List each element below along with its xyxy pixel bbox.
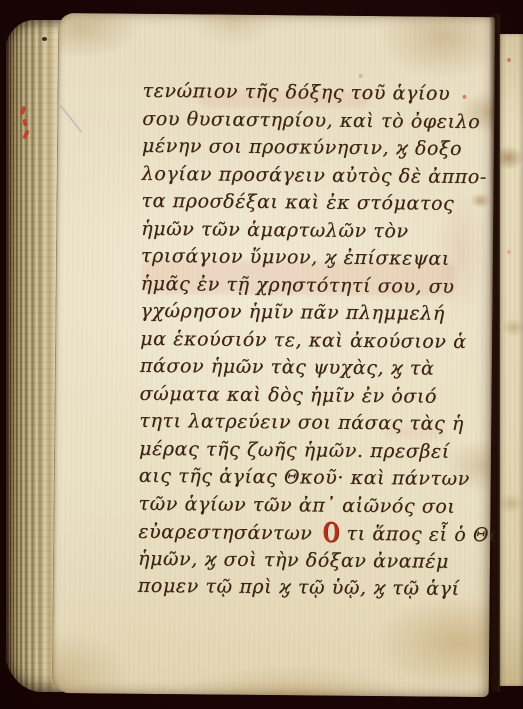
text-line-2: σου θυσιαστηρίου, καὶ τὸ ὀφειλο [142, 105, 486, 136]
fore-edge-red-mark [22, 119, 27, 127]
text-line-3: μένην σοι προσκύνησιν, ϗ δοξο [142, 133, 486, 164]
text-line-17: εὐαρεστησάντωνΟτι ἅπος εἶ ὁ Θς [138, 518, 482, 549]
text-line-1: τενώπιον τῆς δόξης τοῦ ἁγίου [142, 78, 486, 109]
red-speck [507, 58, 511, 62]
manuscript-page: τενώπιον τῆς δόξης τοῦ ἁγίου σου θυσιαστ… [52, 13, 496, 697]
margin-blue-scratch [60, 105, 83, 133]
facing-page-edge [499, 34, 523, 686]
red-speck [359, 74, 363, 78]
text-line-14: μέρας τῆς ζωῆς ἡμῶν. πρεσβεί [139, 435, 483, 466]
red-speck [507, 250, 511, 254]
text-line-17-pre: εὐαρεστησάντων [138, 521, 312, 545]
text-line-16: τῶν ἁγίων τῶν ἀπ᾽ αἰῶνός σοι [138, 490, 482, 521]
text-line-7: τρισάγιον ὕμνον, ϗ ἐπίσκεψαι [141, 243, 485, 274]
red-rubric-initial: Ο [323, 520, 341, 547]
text-line-12: σώματα καὶ δὸς ἡμῖν ἐν ὁσιό [139, 380, 483, 411]
ink-speck [42, 37, 47, 41]
text-line-18: ἡμῶν, ϗ σοὶ τὴν δόξαν ἀναπέμ [138, 545, 482, 576]
text-line-10: μα ἑκούσιόν τε, καὶ ἀκούσιον ἁ [140, 325, 484, 356]
photo-background: τενώπιον τῆς δόξης τοῦ ἁγίου σου θυσιαστ… [0, 0, 523, 709]
text-line-8: ἡμᾶς ἐν τῇ χρηστότητί σου, συ [141, 270, 485, 301]
text-line-5: τα προσδέξαι καὶ ἐκ στόματος [141, 188, 485, 219]
text-line-19: πομεν τῷ πρὶ ϗ τῷ ὑῷ, ϗ τῷ ἁγί [138, 573, 482, 604]
fore-edge-red-mark [22, 130, 29, 140]
gutter-shadow [489, 14, 500, 692]
text-line-13: τητι λατρεύειν σοι πάσας τὰς ἡ [139, 408, 483, 439]
text-line-11: πάσον ἡμῶν τὰς ψυχὰς, ϗ τὰ [140, 353, 484, 384]
text-line-4: λογίαν προσάγειν αὐτὸς δὲ ἀππο- [142, 160, 486, 191]
text-line-15: αις τῆς ἁγίας Θκοῦ· καὶ πάντων [139, 463, 483, 494]
text-block: τενώπιον τῆς δόξης τοῦ ἁγίου σου θυσιαστ… [138, 78, 487, 604]
text-line-9: γχώρησον ἡμῖν πᾶν πλημμελή [140, 298, 484, 329]
text-line-17-post: τι ἅπος εἶ ὁ Θς [346, 523, 500, 546]
text-line-6: ἡμῶν τῶν ἁμαρτωλῶν τὸν [141, 215, 485, 246]
fore-edge-red-mark [20, 106, 27, 116]
